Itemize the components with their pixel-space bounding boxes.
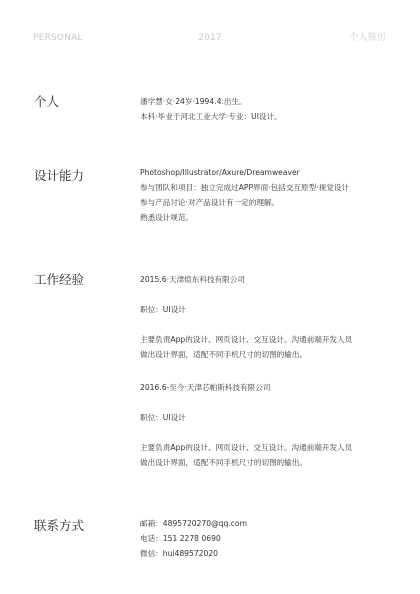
job-description-line: 做出设计界面，适配不同手机尺寸的切图的输出。: [140, 455, 400, 470]
section-title-personal: 个人: [34, 94, 59, 110]
contact-phone: 电话：151 2278 0690: [140, 531, 400, 546]
section-title-skills: 设计能力: [34, 168, 84, 184]
job-entry: 2015.6·天津煊东科技有限公司 职位：UI设计 主要负责App的设计、网页设…: [140, 272, 400, 362]
job-company: 2016.6-至今·天津芯帕斯科技有限公司: [140, 380, 400, 395]
skills-line-standards: 熟悉设计规范。: [140, 210, 400, 225]
skills-details: Photoshop/Illustrator/Axure/Dreamweaver …: [140, 165, 400, 225]
job-company: 2015.6·天津煊东科技有限公司: [140, 272, 400, 287]
job-description-line: 做出设计界面，适配不同手机尺寸的切图的输出。: [140, 347, 400, 362]
section-title-contact: 联系方式: [34, 518, 84, 534]
page-header: PERSONAL 2017 个人简历: [0, 31, 420, 45]
skills-line-projects: 参与团队和项目：独立完成过APP界面·包括交互原型·视觉设计: [140, 180, 400, 195]
header-resume-label: 个人简历: [349, 31, 386, 45]
personal-line-education: 本科·毕业于河北工业大学·专业：UI设计。: [140, 109, 400, 124]
job-description-line: 主要负责App的设计、网页设计、交互设计。沟通前端开发人员: [140, 332, 400, 347]
section-title-experience: 工作经验: [34, 272, 84, 288]
job-description-line: 主要负责App的设计、网页设计、交互设计。沟通前端开发人员: [140, 440, 400, 455]
personal-details: 潘学慧·女·24岁·1994.4.出生。 本科·毕业于河北工业大学·专业：UI设…: [140, 94, 400, 124]
contact-wechat: 微信：hui489572020: [140, 546, 400, 561]
experience-details: 2015.6·天津煊东科技有限公司 职位：UI设计 主要负责App的设计、网页设…: [140, 272, 400, 470]
skills-line-product: 参与产品讨论·对产品设计有一定的理解。: [140, 195, 400, 210]
contact-email: 邮箱：4895720270@qq.com: [140, 516, 400, 531]
skills-line-tools: Photoshop/Illustrator/Axure/Dreamweaver: [140, 165, 400, 180]
personal-line-basic: 潘学慧·女·24岁·1994.4.出生。: [140, 94, 400, 109]
job-position: 职位：UI设计: [140, 410, 400, 425]
job-entry: 2016.6-至今·天津芯帕斯科技有限公司 职位：UI设计 主要负责App的设计…: [140, 380, 400, 470]
contact-details: 邮箱：4895720270@qq.com 电话：151 2278 0690 微信…: [140, 516, 400, 561]
job-position: 职位：UI设计: [140, 302, 400, 317]
